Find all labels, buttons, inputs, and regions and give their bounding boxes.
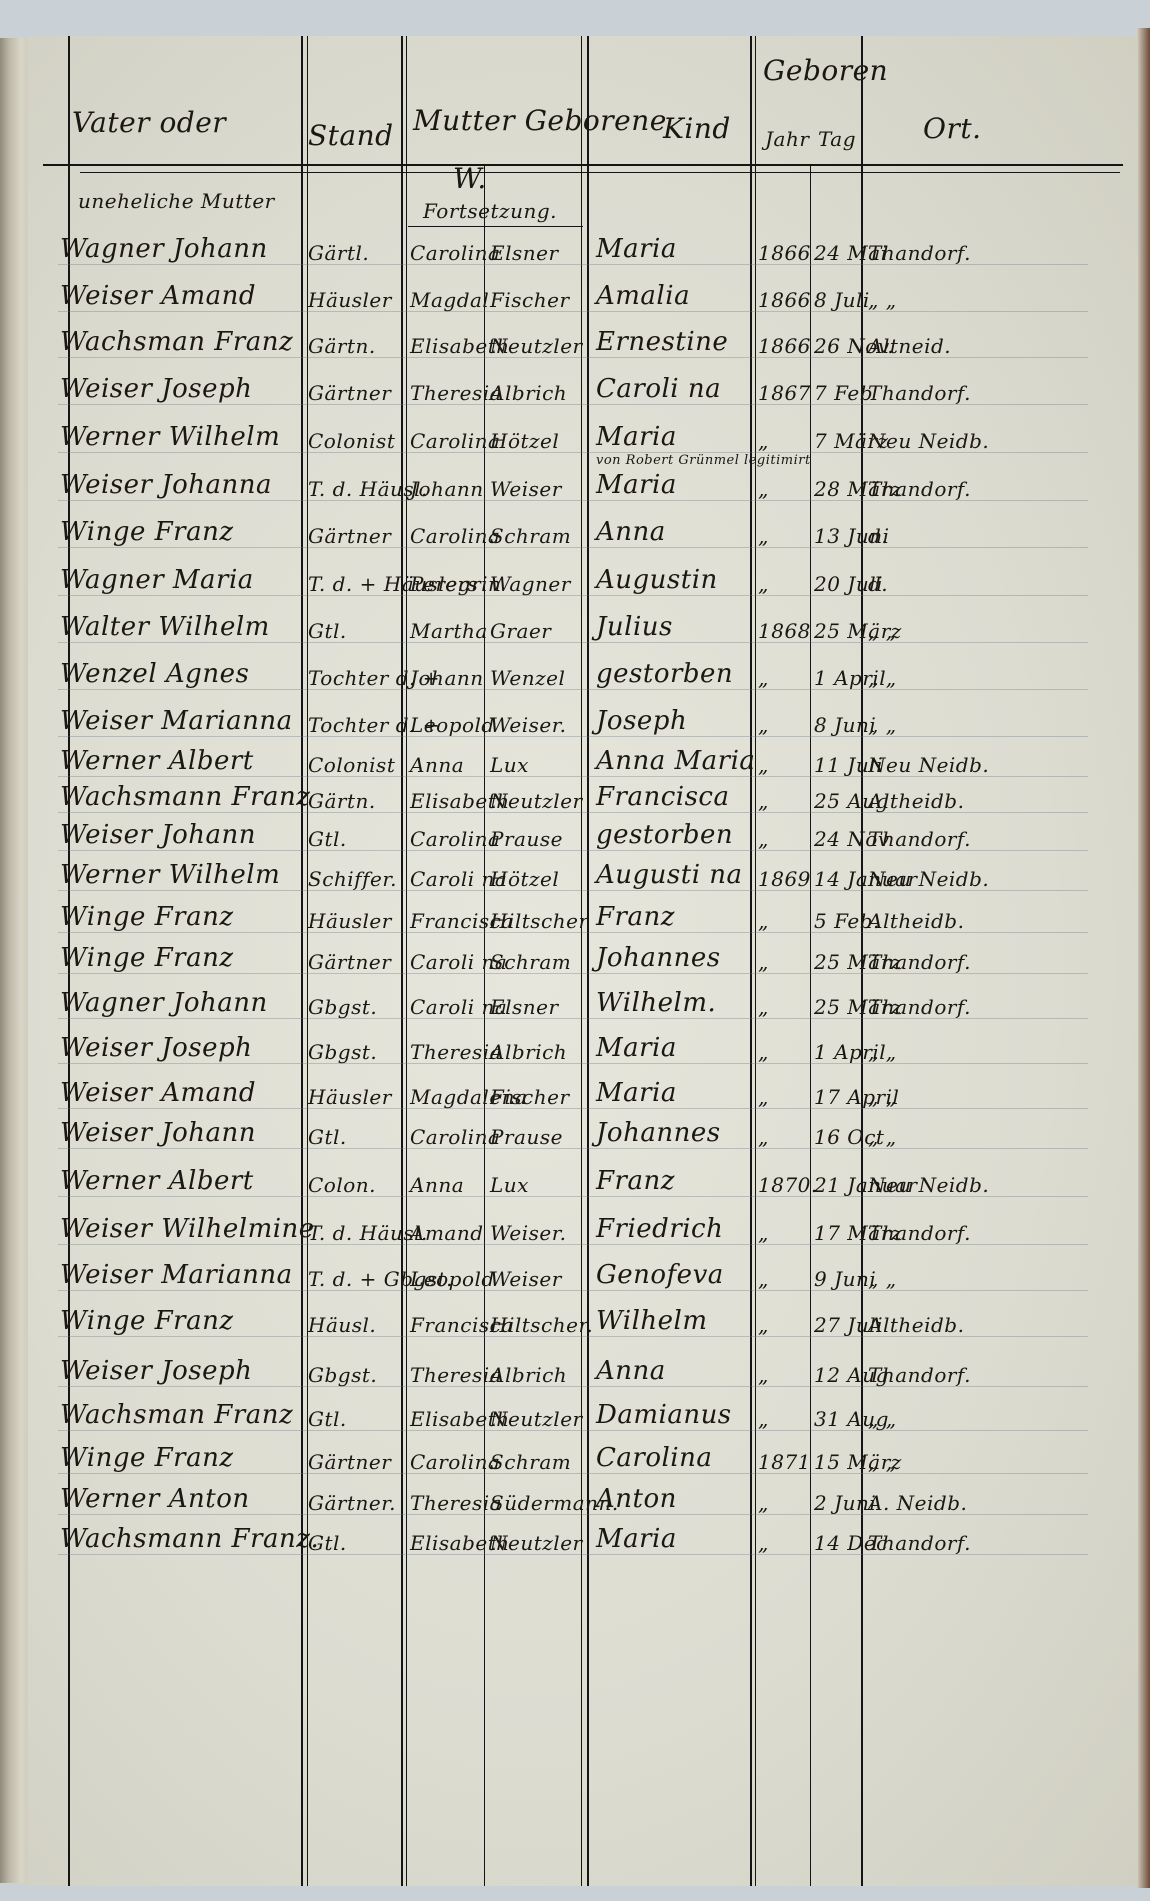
mother-first-name: Leopold — [410, 710, 495, 740]
header-year: Jahr — [765, 124, 809, 154]
child-name: Augustin — [596, 565, 718, 595]
parent-name: Wagner Johann — [60, 234, 268, 264]
status: Gtl. — [308, 1404, 347, 1434]
mother-maiden-name: Weiser — [490, 1264, 562, 1294]
status: Gärtner. — [308, 1488, 396, 1518]
birth-place: Altheidb. — [868, 786, 964, 816]
mother-first-name: Carolina — [410, 426, 500, 456]
birth-year: „ — [758, 1264, 769, 1294]
mother-first-name: Amand — [410, 1218, 484, 1248]
birth-day: 8 Juli — [814, 285, 870, 315]
birth-year: „ — [758, 426, 769, 456]
header-rule — [80, 172, 1120, 173]
birth-day: 2 Juni — [814, 1488, 876, 1518]
mother-first-name: Theresia — [410, 1360, 502, 1390]
mother-maiden-name: Albrich — [490, 1360, 567, 1390]
status: Häusl. — [308, 1310, 376, 1340]
child-name: Amalia — [596, 281, 690, 311]
status: Gtl. — [308, 1122, 347, 1152]
birth-place: Thandorf. — [868, 824, 971, 854]
header-child: Kind — [663, 114, 731, 144]
parent-name: Wachsman Franz — [60, 327, 293, 357]
birth-year: „ — [758, 750, 769, 780]
birth-place: „ „ — [868, 1404, 897, 1434]
child-name: Friedrich — [596, 1214, 723, 1244]
status: Gtl. — [308, 824, 347, 854]
mother-first-name: Carolina — [410, 1122, 500, 1152]
mother-first-name: Carolina — [410, 1447, 500, 1477]
mother-maiden-name: Albrich — [490, 1037, 567, 1067]
mother-maiden-name: Wenzel — [490, 663, 565, 693]
birth-year: 1869 — [758, 864, 811, 894]
mother-maiden-name: Schram — [490, 1447, 571, 1477]
section-letter: W. — [453, 164, 487, 194]
birth-place: „ „ — [868, 1082, 897, 1112]
parent-name: Winge Franz — [60, 943, 234, 973]
mother-maiden-name: Schram — [490, 521, 571, 551]
child-name: Franz — [596, 1166, 675, 1196]
birth-year: „ — [758, 474, 769, 504]
parent-name: Weiser Johann — [60, 820, 256, 850]
status: Häusler — [308, 285, 392, 315]
birth-year: 1866 — [758, 331, 811, 361]
parent-name: Weiser Amand — [60, 281, 256, 311]
ruled-line — [58, 1063, 1088, 1064]
birth-day: 8 Juni — [814, 710, 876, 740]
continuation-rule — [408, 226, 583, 227]
parent-name: Werner Wilhelm — [60, 422, 280, 452]
birth-year: 1870. — [758, 1170, 818, 1200]
ruled-line — [58, 311, 1088, 312]
mother-maiden-name: Neutzler — [490, 1528, 583, 1558]
parent-name: Wagner Maria — [60, 565, 254, 595]
birth-place: Thandorf. — [868, 474, 971, 504]
child-name: Maria — [596, 1033, 677, 1063]
birth-year: „ — [758, 947, 769, 977]
header-born: Geboren — [763, 56, 888, 86]
mother-maiden-name: Prause — [490, 1122, 563, 1152]
ruled-line — [58, 1290, 1088, 1291]
column-rule — [301, 36, 303, 1886]
birth-place: Altheidb. — [868, 1310, 964, 1340]
mother-first-name: Johann — [410, 474, 484, 504]
birth-place: Altheidb. — [868, 906, 964, 936]
column-rule — [750, 36, 752, 1886]
parent-name: Weiser Marianna — [60, 1260, 293, 1290]
birth-year: „ — [758, 1310, 769, 1340]
child-name: Genofeva — [596, 1260, 724, 1290]
child-name: Maria — [596, 1524, 677, 1554]
parent-name: Werner Anton — [60, 1484, 250, 1514]
birth-year: „ — [758, 1082, 769, 1112]
column-rule — [810, 164, 811, 1886]
mother-maiden-name: Hiltscher — [490, 906, 589, 936]
child-name: Anna — [596, 517, 666, 547]
mother-maiden-name: Neutzler — [490, 1404, 583, 1434]
ruled-line — [58, 642, 1088, 643]
parent-name: Weiser Joseph — [60, 1356, 252, 1386]
header-father-or-mother: Vater oder — [72, 108, 226, 138]
parent-name: Weiser Joseph — [60, 374, 252, 404]
ruled-line — [58, 595, 1088, 596]
parent-name: Wachsmann Franz. — [60, 1524, 319, 1554]
birth-year: „ — [758, 786, 769, 816]
birth-year: „ — [758, 992, 769, 1022]
birth-year: „ — [758, 1360, 769, 1390]
birth-place: A. Neidb. — [868, 1488, 967, 1518]
child-name: Augusti na — [596, 860, 743, 890]
child-name: gestorben — [596, 659, 733, 689]
parent-name: Weiser Marianna — [60, 706, 293, 736]
parent-name: Wachsmann Franz — [60, 782, 310, 812]
birth-year: „ — [758, 569, 769, 599]
header-mother-maiden: Mutter Geborene — [413, 106, 667, 136]
status: Gärtner — [308, 378, 391, 408]
child-name: Julius — [596, 612, 673, 642]
birth-place: d. — [868, 521, 888, 551]
mother-first-name: Peregrin — [410, 569, 501, 599]
birth-place: Thandorf. — [868, 1360, 971, 1390]
column-rule — [587, 36, 589, 1886]
birth-place: Thandorf. — [868, 238, 971, 268]
parent-name: Weiser Joseph — [60, 1033, 252, 1063]
birth-year: „ — [758, 663, 769, 693]
child-name: Wilhelm. — [596, 988, 716, 1018]
mother-maiden-name: Lux — [490, 750, 529, 780]
register-page: Vater oder uneheliche Mutter Stand Mutte… — [28, 36, 1138, 1886]
child-name: Franz — [596, 902, 675, 932]
mother-first-name: Carolina — [410, 238, 500, 268]
ruled-line — [58, 689, 1088, 690]
status: Häusler — [308, 1082, 392, 1112]
mother-maiden-name: Prause — [490, 824, 563, 854]
mother-first-name: Johann — [410, 663, 484, 693]
child-name: Maria — [596, 422, 677, 452]
mother-maiden-name: Wagner — [490, 569, 571, 599]
status: Gärtner — [308, 1447, 391, 1477]
birth-place: „ „ — [868, 1122, 897, 1152]
mother-maiden-name: Graer — [490, 616, 551, 646]
birth-place: „ „ — [868, 710, 897, 740]
status: Gärtn. — [308, 786, 376, 816]
status: Gärtl. — [308, 238, 369, 268]
birth-place: Thandorf. — [868, 1528, 971, 1558]
header-status: Stand — [308, 121, 394, 151]
status: Gbgst. — [308, 992, 377, 1022]
mother-maiden-name: Neutzler — [490, 331, 583, 361]
ruled-line — [58, 1148, 1088, 1149]
mother-first-name: Anna — [410, 750, 464, 780]
mother-first-name: Theresia — [410, 1488, 502, 1518]
birth-place: „ „ — [868, 616, 897, 646]
child-name: gestorben — [596, 820, 733, 850]
birth-place: Neu Neidb. — [868, 426, 989, 456]
mother-maiden-name: Weiser. — [490, 710, 566, 740]
parent-name: Weiser Wilhelmine — [60, 1214, 315, 1244]
birth-place: d. — [868, 569, 888, 599]
birth-place: „ „ — [868, 1264, 897, 1294]
birth-year: 1866 — [758, 238, 811, 268]
child-name: Maria — [596, 234, 677, 264]
mother-first-name: Martha — [410, 616, 488, 646]
parent-name: Winge Franz — [60, 517, 234, 547]
child-name: Johannes — [596, 943, 721, 973]
ruled-line — [58, 736, 1088, 737]
mother-maiden-name: Lux — [490, 1170, 529, 1200]
birth-day: 9 Juni — [814, 1264, 876, 1294]
mother-maiden-name: Weiser. — [490, 1218, 566, 1248]
birth-place: „ „ — [868, 1447, 897, 1477]
parent-name: Winge Franz — [60, 1443, 234, 1473]
birth-place: Neu Neidb. — [868, 1170, 989, 1200]
birth-place: Neu Neidb. — [868, 864, 989, 894]
status: Colon. — [308, 1170, 376, 1200]
birth-year: 1866 — [758, 285, 811, 315]
child-name: Anton — [596, 1484, 677, 1514]
column-rule — [581, 36, 582, 1886]
mother-maiden-name: Hötzel — [490, 864, 559, 894]
child-name: Johannes — [596, 1118, 721, 1148]
parent-name: Werner Albert — [60, 746, 254, 776]
birth-year: „ — [758, 906, 769, 936]
birth-year: 1871 — [758, 1447, 811, 1477]
birth-place: Neu Neidb. — [868, 750, 989, 780]
birth-place: Thandorf. — [868, 378, 971, 408]
header-day: Tag — [818, 124, 856, 154]
child-name: Joseph — [596, 706, 687, 736]
birth-place: „ „ — [868, 663, 897, 693]
birth-year: 1867 — [758, 378, 811, 408]
child-name: Maria — [596, 470, 677, 500]
status: Häusler — [308, 906, 392, 936]
mother-maiden-name: Hiltscher. — [490, 1310, 593, 1340]
mother-maiden-name: Schram — [490, 947, 571, 977]
column-rule — [406, 36, 407, 1886]
birth-year: „ — [758, 521, 769, 551]
status: Gärtn. — [308, 331, 376, 361]
mother-maiden-name: Fischer — [490, 1082, 570, 1112]
birth-day: 7 Feb — [814, 378, 873, 408]
mother-maiden-name: Elsner — [490, 992, 559, 1022]
child-name: Wilhelm — [596, 1306, 708, 1336]
parent-name: Wachsman Franz — [60, 1400, 293, 1430]
status: Colonist — [308, 426, 395, 456]
ruled-line — [58, 547, 1088, 548]
status: Gärtner — [308, 947, 391, 977]
birth-place: Thandorf. — [868, 1218, 971, 1248]
status: Gtl. — [308, 1528, 347, 1558]
mother-maiden-name: Hötzel — [490, 426, 559, 456]
parent-name: Wenzel Agnes — [60, 659, 249, 689]
mother-maiden-name: Elsner — [490, 238, 559, 268]
header-rule — [43, 164, 1123, 166]
status: Gärtner — [308, 521, 391, 551]
birth-year: „ — [758, 1528, 769, 1558]
status: Gtl. — [308, 616, 347, 646]
birth-year: „ — [758, 1404, 769, 1434]
column-rule — [755, 36, 756, 1886]
birth-place: „ „ — [868, 1037, 897, 1067]
ruled-line — [58, 1108, 1088, 1109]
child-name: Ernestine — [596, 327, 728, 357]
mother-maiden-name: Fischer — [490, 285, 570, 315]
child-name: Anna Maria — [596, 746, 755, 776]
status: Colonist — [308, 750, 395, 780]
parent-name: Walter Wilhelm — [60, 612, 270, 642]
birth-year: 1868 — [758, 616, 811, 646]
parent-name: Weiser Johanna — [60, 470, 272, 500]
parent-name: Wagner Johann — [60, 988, 268, 1018]
mother-first-name: Leopold — [410, 1264, 495, 1294]
column-rule — [401, 36, 403, 1886]
continuation-label: Fortsetzung. — [423, 196, 557, 226]
mother-maiden-name: Albrich — [490, 378, 567, 408]
mother-first-name: Theresia — [410, 1037, 502, 1067]
mother-first-name: Carolina — [410, 824, 500, 854]
mother-first-name: Magdal — [410, 285, 489, 315]
birth-year: „ — [758, 824, 769, 854]
child-name: Damianus — [596, 1400, 732, 1430]
child-note: von Robert Grünmel legitimirt — [596, 454, 811, 468]
child-name: Anna — [596, 1356, 666, 1386]
mother-first-name: Carolina — [410, 521, 500, 551]
birth-year: „ — [758, 1218, 769, 1248]
child-name: Caroli na — [596, 374, 721, 404]
birth-year: „ — [758, 1122, 769, 1152]
ruled-line — [58, 1473, 1088, 1474]
status: Gbgst. — [308, 1037, 377, 1067]
header-unwed-mother: uneheliche Mutter — [78, 186, 275, 216]
book-spine-left — [0, 38, 30, 1883]
parent-name: Werner Wilhelm — [60, 860, 280, 890]
birth-year: „ — [758, 1037, 769, 1067]
mother-maiden-name: Neutzler — [490, 786, 583, 816]
parent-name: Weiser Johann — [60, 1118, 256, 1148]
birth-place: Thandorf. — [868, 992, 971, 1022]
birth-place: „ „ — [868, 285, 897, 315]
parent-name: Winge Franz — [60, 1306, 234, 1336]
child-name: Franciscа — [596, 782, 730, 812]
mother-first-name: Theresia — [410, 378, 502, 408]
mother-maiden-name: Weiser — [490, 474, 562, 504]
status: Schiffer. — [308, 864, 397, 894]
mother-first-name: Anna — [410, 1170, 464, 1200]
birth-year: „ — [758, 710, 769, 740]
parent-name: Weiser Amand — [60, 1078, 256, 1108]
birth-year: „ — [758, 1488, 769, 1518]
child-name: Carolina — [596, 1443, 712, 1473]
book-edge-right — [1136, 28, 1150, 1888]
parent-name: Winge Franz — [60, 902, 234, 932]
column-rule — [484, 166, 485, 1886]
status: Gbgst. — [308, 1360, 377, 1390]
birth-place: Altneid. — [868, 331, 951, 361]
birth-place: Thandorf. — [868, 947, 971, 977]
child-name: Maria — [596, 1078, 677, 1108]
header-place: Ort. — [923, 114, 982, 144]
parent-name: Werner Albert — [60, 1166, 254, 1196]
